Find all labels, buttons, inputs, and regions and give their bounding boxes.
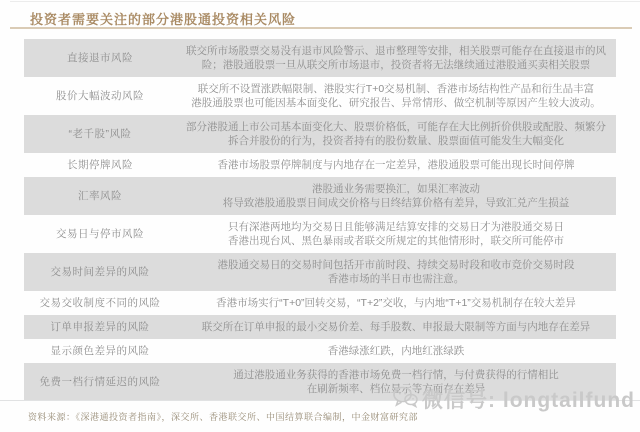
wechat-watermark: 微信号: longtailfund [392, 384, 635, 414]
table-row: 交易时间差异的风险港股通交易日的交易时间包括开市前时段、持续交易时段和收市竞价交… [24, 253, 616, 291]
risk-description: 联交所市场股票交易没有退市风险警示、退市整理等安排，相关股票可能存在直接退市的风… [176, 39, 616, 77]
risk-name: 交易时间差异的风险 [24, 260, 176, 284]
page-title: 投资者需要关注的部分港股通投资相关风险 [30, 9, 626, 28]
risk-name: 显示颜色差异的风险 [24, 339, 176, 363]
risk-name: 免费一档行情延迟的风险 [24, 370, 176, 394]
table-row: 交易日与停市风险只有深港两地均为交易日且能够满足结算安排的交易日才为港股通交易日… [24, 215, 616, 253]
risk-name: 交易交收制度不同的风险 [24, 291, 176, 315]
risk-name: 订单申报差异的风险 [24, 315, 176, 339]
table-row: 股价大幅波动风险联交所不设置涨跌幅限制、港股实行T+0交易机制、香港市场结构性产… [24, 77, 616, 115]
wechat-icon [392, 385, 418, 414]
risk-description: 港股通交易日的交易时间包括开市前时段、持续交易时段和收市竞价交易时段 香港市场的… [176, 253, 616, 291]
risk-name: 股价大幅波动风险 [24, 84, 176, 108]
risk-name: 交易日与停市风险 [24, 222, 176, 246]
top-divider [10, 1, 640, 2]
page: 投资者需要关注的部分港股通投资相关风险 直接退市风险联交所市场股票交易没有退市风… [0, 0, 640, 432]
table-row: 直接退市风险联交所市场股票交易没有退市风险警示、退市整理等安排，相关股票可能存在… [24, 39, 616, 77]
risk-description: 部分港股通上市公司基本面变化大、股票价格低，可能存在大比例折价供股或配股、频繁分… [176, 115, 616, 153]
table-row: 订单申报差异的风险联交所在订单申报的最小交易价差、每手股数、申报最大限制等方面与… [24, 315, 616, 339]
table-row: 显示颜色差异的风险香港绿涨红跌，内地红涨绿跌 [24, 339, 616, 363]
watermark-text: 微信号: longtailfund [422, 384, 635, 414]
table-row: “老千股”风险部分港股通上市公司基本面变化大、股票价格低，可能存在大比例折价供股… [24, 115, 616, 153]
risk-name: 汇率风险 [24, 184, 176, 208]
risk-description: 香港市场股票停牌制度与内地存在一定差异，港股通股票可能出现长时间停牌 [176, 153, 616, 177]
risk-description: 香港市场实行“T+0”回转交易，“T+2”交收，与内地“T+1”交易机制存在较大… [176, 291, 616, 315]
table-row: 交易交收制度不同的风险香港市场实行“T+0”回转交易，“T+2”交收，与内地“T… [24, 291, 616, 315]
risk-description: 港股通业务需要换汇，如果汇率波动 将导致港股通股票日间成交价格与日终结算价格有差… [176, 177, 616, 215]
risk-description: 香港绿涨红跌，内地红涨绿跌 [176, 339, 616, 363]
table-row: 长期停牌风险香港市场股票停牌制度与内地存在一定差异，港股通股票可能出现长时间停牌 [24, 153, 616, 177]
table-row: 汇率风险港股通业务需要换汇，如果汇率波动 将导致港股通股票日间成交价格与日终结算… [24, 177, 616, 215]
risk-name: 长期停牌风险 [24, 153, 176, 177]
risk-description: 只有深港两地均为交易日且能够满足结算安排的交易日才为港股通交易日 香港出现台风、… [176, 215, 616, 253]
risk-table: 直接退市风险联交所市场股票交易没有退市风险警示、退市整理等安排，相关股票可能存在… [24, 39, 616, 401]
source-note: 资料来源：《深港通投资者指南》，深交所、香港联交所、中国结算联合编制，中金财富研… [28, 410, 418, 423]
risk-name: 直接退市风险 [24, 46, 176, 70]
title-divider [10, 27, 632, 29]
risk-description: 联交所不设置涨跌幅限制、港股实行T+0交易机制、香港市场结构性产品和衍生品丰富 … [176, 77, 616, 115]
risk-name: “老千股”风险 [24, 122, 176, 146]
risk-description: 联交所在订单申报的最小交易价差、每手股数、申报最大限制等方面与内地存在差异 [176, 315, 616, 339]
